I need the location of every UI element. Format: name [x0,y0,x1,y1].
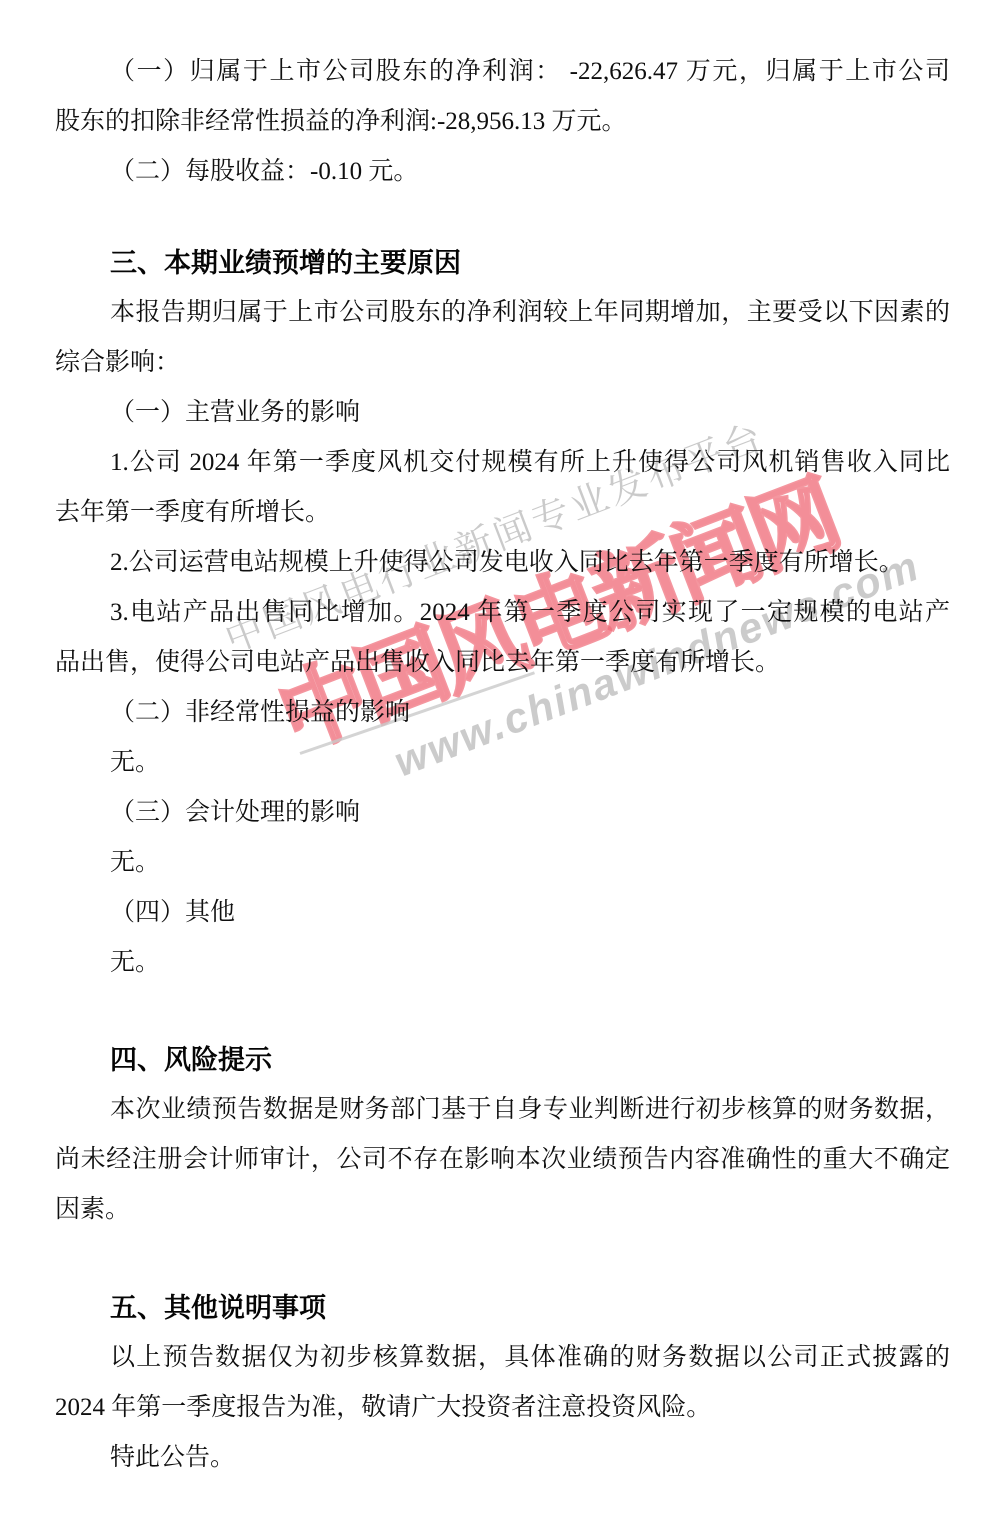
vertical-spacer [55,197,950,238]
body-line: 因素。 [55,1185,950,1235]
section-other-notes: 五、其他说明事项 以上预告数据仅为初步核算数据，具体准确的财务数据以公司正式披露… [55,1283,950,1483]
body-line: 无。 [55,738,950,788]
body-line: 3.电站产品出售同比增加。2024 年第一季度公司实现了一定规模的电站产 [55,588,950,638]
document-page: 中国风电行业新闻专业发布平台 中国风电新闻网 www.chinawindnews… [0,0,1005,1523]
vertical-spacer [55,1235,950,1283]
section-risk: 四、风险提示 本次业绩预告数据是财务部门基于自身专业判断进行初步核算的财务数据，… [55,1035,950,1235]
body-line: （一）归属于上市公司股东的净利润： -22,626.47 万元，归属于上市公司 [55,47,950,97]
section-heading-3: 三、本期业绩预增的主要原因 [55,238,950,288]
body-line: 2024 年第一季度报告为准，敬请广大投资者注意投资风险。 [55,1383,950,1433]
body-line: 去年第一季度有所增长。 [55,488,950,538]
body-line: （一）主营业务的影响 [55,388,950,438]
body-line: 以上预告数据仅为初步核算数据，具体准确的财务数据以公司正式披露的 [55,1333,950,1383]
body-line: （四）其他 [55,888,950,938]
body-line: 特此公告。 [55,1433,950,1483]
body-line: 股东的扣除非经常性损益的净利润:-28,956.13 万元。 [55,97,950,147]
body-line: （二）每股收益：-0.10 元。 [55,147,950,197]
body-line: 品出售，使得公司电站产品出售收入同比去年第一季度有所增长。 [55,638,950,688]
section-heading-5: 五、其他说明事项 [55,1283,950,1333]
body-line: 2.公司运营电站规模上升使得公司发电收入同比去年第一季度有所增长。 [55,538,950,588]
document-content: （一）归属于上市公司股东的净利润： -22,626.47 万元，归属于上市公司 … [0,0,1005,1483]
body-line: 综合影响： [55,338,950,388]
body-line: 尚未经注册会计师审计，公司不存在影响本次业绩预告内容准确性的重大不确定 [55,1135,950,1185]
body-line: 无。 [55,938,950,988]
section-heading-4: 四、风险提示 [55,1035,950,1085]
body-line: （三）会计处理的影响 [55,788,950,838]
vertical-spacer [55,988,950,1035]
body-line: 本次业绩预告数据是财务部门基于自身专业判断进行初步核算的财务数据， [55,1085,950,1135]
body-line: （二）非经常性损益的影响 [55,688,950,738]
body-line: 本报告期归属于上市公司股东的净利润较上年同期增加，主要受以下因素的 [55,288,950,338]
section-reasons: 三、本期业绩预增的主要原因 本报告期归属于上市公司股东的净利润较上年同期增加，主… [55,238,950,988]
body-line: 无。 [55,838,950,888]
body-line: 1.公司 2024 年第一季度风机交付规模有所上升使得公司风机销售收入同比 [55,438,950,488]
section-intro: （一）归属于上市公司股东的净利润： -22,626.47 万元，归属于上市公司 … [55,47,950,197]
